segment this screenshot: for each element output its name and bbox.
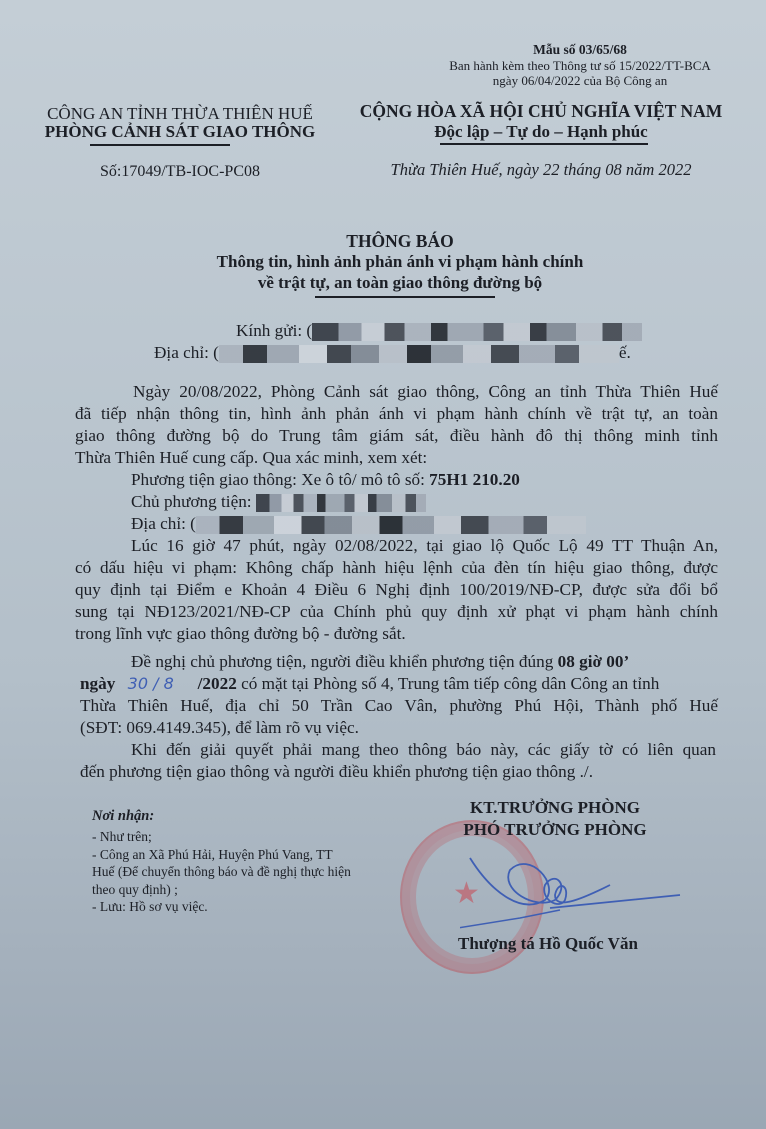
owner-label: Chủ phương tiện: xyxy=(131,492,252,511)
kinh-gui-label: Kính gửi: ( xyxy=(236,321,312,340)
p3-line-2: ngày 30 / 8/2022 có mặt tại Phòng số 4, … xyxy=(80,673,659,695)
handwritten-signature-icon xyxy=(460,840,690,940)
p1-line-4: Thừa Thiên Huế cung cấp. Qua xác minh, x… xyxy=(75,447,427,469)
owner-address-line: Địa chỉ: ( xyxy=(131,513,586,535)
owner-address-label: Địa chỉ: ( xyxy=(131,514,196,533)
p2-line-4: sung tại NĐ123/2021/NĐ-CP của Chính phủ … xyxy=(75,601,718,623)
signature-title-2: PHÓ TRƯỞNG PHÒNG xyxy=(430,820,680,840)
p1-line-2: đã tiếp nhận thông tin, hình ảnh phản án… xyxy=(75,403,718,425)
redacted-recipient-name xyxy=(312,323,642,341)
form-issued-with: Ban hành kèm theo Thông tư số 15/2022/TT… xyxy=(430,58,730,73)
recipient-line: Kính gửi: ( xyxy=(236,320,642,342)
p1-line-3: giao thông đường bộ do Trung tâm giám sá… xyxy=(75,425,718,447)
dia-chi-label: Địa chỉ: ( xyxy=(154,343,219,362)
p2-line-1: Lúc 16 giờ 47 phút, ngày 02/08/2022, tại… xyxy=(131,535,718,557)
p2-line-5: trong lĩnh vực giao thông đường bộ - đườ… xyxy=(75,623,406,645)
vehicle-label: Phương tiện giao thông: Xe ô tô/ mô tô s… xyxy=(131,470,429,489)
vehicle-line: Phương tiện giao thông: Xe ô tô/ mô tô s… xyxy=(131,469,520,491)
place-date: Thừa Thiên Huế, ngày 22 tháng 08 năm 202… xyxy=(346,160,736,180)
redacted-owner-address xyxy=(196,516,586,534)
ngay-label: ngày xyxy=(80,674,115,693)
national-title: CỘNG HÒA XÃ HỘI CHỦ NGHĨA VIỆT NAM xyxy=(346,101,736,121)
redacted-owner-name xyxy=(256,494,426,512)
agency-line2: PHÒNG CẢNH SÁT GIAO THÔNG xyxy=(20,122,340,142)
signer-name: Thượng tá Hồ Quốc Văn xyxy=(458,934,638,954)
address-tail: ế. xyxy=(619,343,631,362)
p2-line-3: quy định tại Điểm e Khoản 4 Điều 6 Nghị … xyxy=(75,579,718,601)
noi-nhan-heading: Nơi nhận: xyxy=(92,808,154,825)
notice-title: THÔNG BÁO xyxy=(150,231,650,252)
p3-line2-rest: có mặt tại Phòng số 4, Trung tâm tiếp cô… xyxy=(237,674,660,693)
motto-underline xyxy=(440,143,648,145)
p2-line-2: có dấu hiệu vi phạm: Không chấp hành hiệ… xyxy=(75,557,718,579)
handwritten-date: 30 / 8 xyxy=(120,673,198,695)
notice-subtitle-1: Thông tin, hình ảnh phản ánh vi phạm hàn… xyxy=(150,252,650,272)
appointment-time: 08 giờ 00’ xyxy=(558,652,630,671)
document-number: Số:17049/TB-IOC-PC08 xyxy=(20,163,340,181)
recipient-address-line: Địa chỉ: (ế. xyxy=(154,342,631,364)
signature-title-1: KT.TRƯỞNG PHÒNG xyxy=(430,798,680,818)
p4-line-2: đến phương tiện giao thông và người điều… xyxy=(80,761,593,783)
p3-line-1: Đề nghị chủ phương tiện, người điều khiể… xyxy=(131,651,629,673)
title-underline xyxy=(315,296,495,298)
redacted-recipient-address xyxy=(219,345,619,363)
national-motto: Độc lập – Tự do – Hạnh phúc xyxy=(346,122,736,142)
recipients-list: - Như trên; - Công an Xã Phú Hải, Huyện … xyxy=(92,828,351,916)
p1-line-1: Ngày 20/08/2022, Phòng Cảnh sát giao thô… xyxy=(133,381,718,403)
p3-text: Đề nghị chủ phương tiện, người điều khiể… xyxy=(131,652,558,671)
vehicle-plate: 75H1 210.20 xyxy=(429,470,520,489)
form-number: Mẫu số 03/65/68 xyxy=(480,42,680,57)
p3-line-3: Thừa Thiên Huế, địa chỉ 50 Trần Cao Vân,… xyxy=(80,695,718,717)
appointment-year: /2022 xyxy=(198,674,237,693)
recipient-item: theo quy định) ; xyxy=(92,881,351,899)
document-page: Mẫu số 03/65/68 Ban hành kèm theo Thông … xyxy=(0,0,766,1129)
recipient-item: - Như trên; xyxy=(92,828,351,846)
form-issued-date: ngày 06/04/2022 của Bộ Công an xyxy=(430,73,730,88)
agency-line1: CÔNG AN TỈNH THỪA THIÊN HUẾ xyxy=(20,104,340,124)
recipient-item: Huế (Để chuyển thông báo và đề nghị thực… xyxy=(92,863,351,881)
p4-line-1: Khi đến giải quyết phải mang theo thông … xyxy=(131,739,716,761)
notice-subtitle-2: về trật tự, an toàn giao thông đường bộ xyxy=(150,273,650,293)
agency-underline xyxy=(90,144,230,146)
recipient-item: - Lưu: Hồ sơ vụ việc. xyxy=(92,898,351,916)
recipient-item: - Công an Xã Phú Hải, Huyện Phú Vang, TT xyxy=(92,846,351,864)
owner-line: Chủ phương tiện: xyxy=(131,491,426,513)
p3-line-4: (SĐT: 069.4149.345), để làm rõ vụ việc. xyxy=(80,717,359,739)
